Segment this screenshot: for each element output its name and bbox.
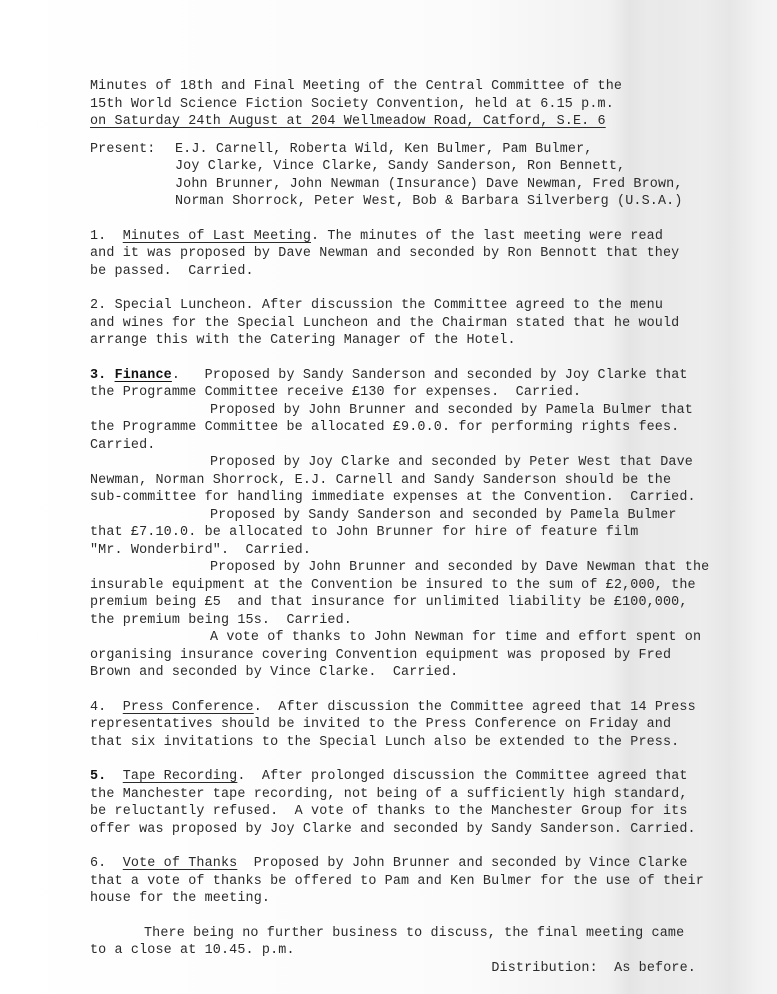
item-text: . The minutes of the last meeting were r… — [311, 229, 663, 244]
item-heading: Vote of Thanks — [123, 856, 238, 871]
item-text: Brown and seconded by Vince Clarke. Carr… — [90, 664, 720, 682]
item-text: premium being £5 and that insurance for … — [90, 594, 720, 612]
item-text: and wines for the Special Luncheon and t… — [90, 315, 720, 333]
item-text: be passed. Carried. — [90, 263, 720, 281]
item-number: 4. — [90, 700, 106, 715]
item-number: 1. — [90, 229, 106, 244]
item-press-conference: 4. Press Conference. After discussion th… — [90, 699, 720, 752]
minutes-document: Minutes of 18th and Final Meeting of the… — [90, 78, 720, 977]
item-text: offer was proposed by Joy Clarke and sec… — [90, 821, 720, 839]
header-line: Minutes of 18th and Final Meeting of the… — [90, 78, 720, 96]
item-text: the Programme Committee receive £130 for… — [90, 384, 720, 402]
item-text: that £7.10.0. be allocated to John Brunn… — [90, 524, 720, 542]
item-text: . Proposed by Sandy Sanderson and second… — [172, 368, 688, 383]
attendee-line: E.J. Carnell, Roberta Wild, Ken Bulmer, … — [175, 142, 592, 157]
item-text: . After discussion the Committee agreed … — [254, 700, 696, 715]
closing-text: to a close at 10.45. p.m. — [90, 942, 720, 960]
item-finance: 3. Finance. Proposed by Sandy Sanderson … — [90, 367, 720, 682]
item-special-luncheon: 2. Special Luncheon. After discussion th… — [90, 297, 720, 350]
item-text: . After discussion the Committee agreed … — [246, 298, 663, 313]
item-text: Proposed by Sandy Sanderson and seconded… — [90, 507, 720, 525]
item-text: insurable equipment at the Convention be… — [90, 577, 720, 595]
item-heading: Special Luncheon — [115, 298, 246, 313]
present-label: Present: — [90, 141, 175, 159]
item-minutes-of-last-meeting: 1. Minutes of Last Meeting. The minutes … — [90, 228, 720, 281]
item-text: sub-committee for handling immediate exp… — [90, 489, 720, 507]
item-number: 6. — [90, 856, 106, 871]
item-text: organising insurance covering Convention… — [90, 647, 720, 665]
item-tape-recording: 5. Tape Recording. After prolonged discu… — [90, 768, 720, 838]
item-heading: Press Conference — [123, 700, 254, 715]
closing-text: There being no further business to discu… — [90, 925, 720, 943]
item-text: Proposed by Joy Clarke and seconded by P… — [90, 454, 720, 472]
item-text: Carried. — [90, 437, 720, 455]
item-text: the Manchester tape recording, not being… — [90, 786, 720, 804]
distribution-note: Distribution: As before. — [90, 960, 720, 978]
attendee-line: Norman Shorrock, Peter West, Bob & Barba… — [90, 193, 720, 211]
attendee-line: Joy Clarke, Vince Clarke, Sandy Sanderso… — [90, 158, 720, 176]
item-text: arrange this with the Catering Manager o… — [90, 332, 720, 350]
document-header: Minutes of 18th and Final Meeting of the… — [90, 78, 720, 131]
item-text: A vote of thanks to John Newman for time… — [90, 629, 720, 647]
closing-statement: There being no further business to discu… — [90, 925, 720, 978]
item-text: be reluctantly refused. A vote of thanks… — [90, 803, 720, 821]
item-text: the premium being 15s. Carried. — [90, 612, 720, 630]
item-number: 5. — [90, 769, 106, 784]
item-heading: Tape Recording — [123, 769, 238, 784]
attendance-list: Present:E.J. Carnell, Roberta Wild, Ken … — [90, 141, 720, 211]
item-number: 2. — [90, 298, 106, 313]
header-line: 15th World Science Fiction Society Conve… — [90, 96, 720, 114]
header-line: on Saturday 24th August at 204 Wellmeado… — [90, 113, 720, 131]
item-text: the Programme Committee be allocated £9.… — [90, 419, 720, 437]
item-text: house for the meeting. — [90, 890, 720, 908]
item-heading: Finance — [115, 368, 172, 383]
item-text: and it was proposed by Dave Newman and s… — [90, 245, 720, 263]
attendee-line: John Brunner, John Newman (Insurance) Da… — [90, 176, 720, 194]
item-vote-of-thanks: 6. Vote of Thanks Proposed by John Brunn… — [90, 855, 720, 908]
item-text: Proposed by John Brunner and seconded by… — [237, 856, 687, 871]
item-text: Newman, Norman Shorrock, E.J. Carnell an… — [90, 472, 720, 490]
item-text: that six invitations to the Special Lunc… — [90, 734, 720, 752]
item-text: Proposed by John Brunner and seconded by… — [90, 402, 720, 420]
item-text: Proposed by John Brunner and seconded by… — [90, 559, 720, 577]
item-number: 3. — [90, 368, 106, 383]
item-text: . After prolonged discussion the Committ… — [237, 769, 687, 784]
item-heading: Minutes of Last Meeting — [123, 229, 311, 244]
item-text: "Mr. Wonderbird". Carried. — [90, 542, 720, 560]
item-text: that a vote of thanks be offered to Pam … — [90, 873, 720, 891]
item-text: representatives should be invited to the… — [90, 716, 720, 734]
